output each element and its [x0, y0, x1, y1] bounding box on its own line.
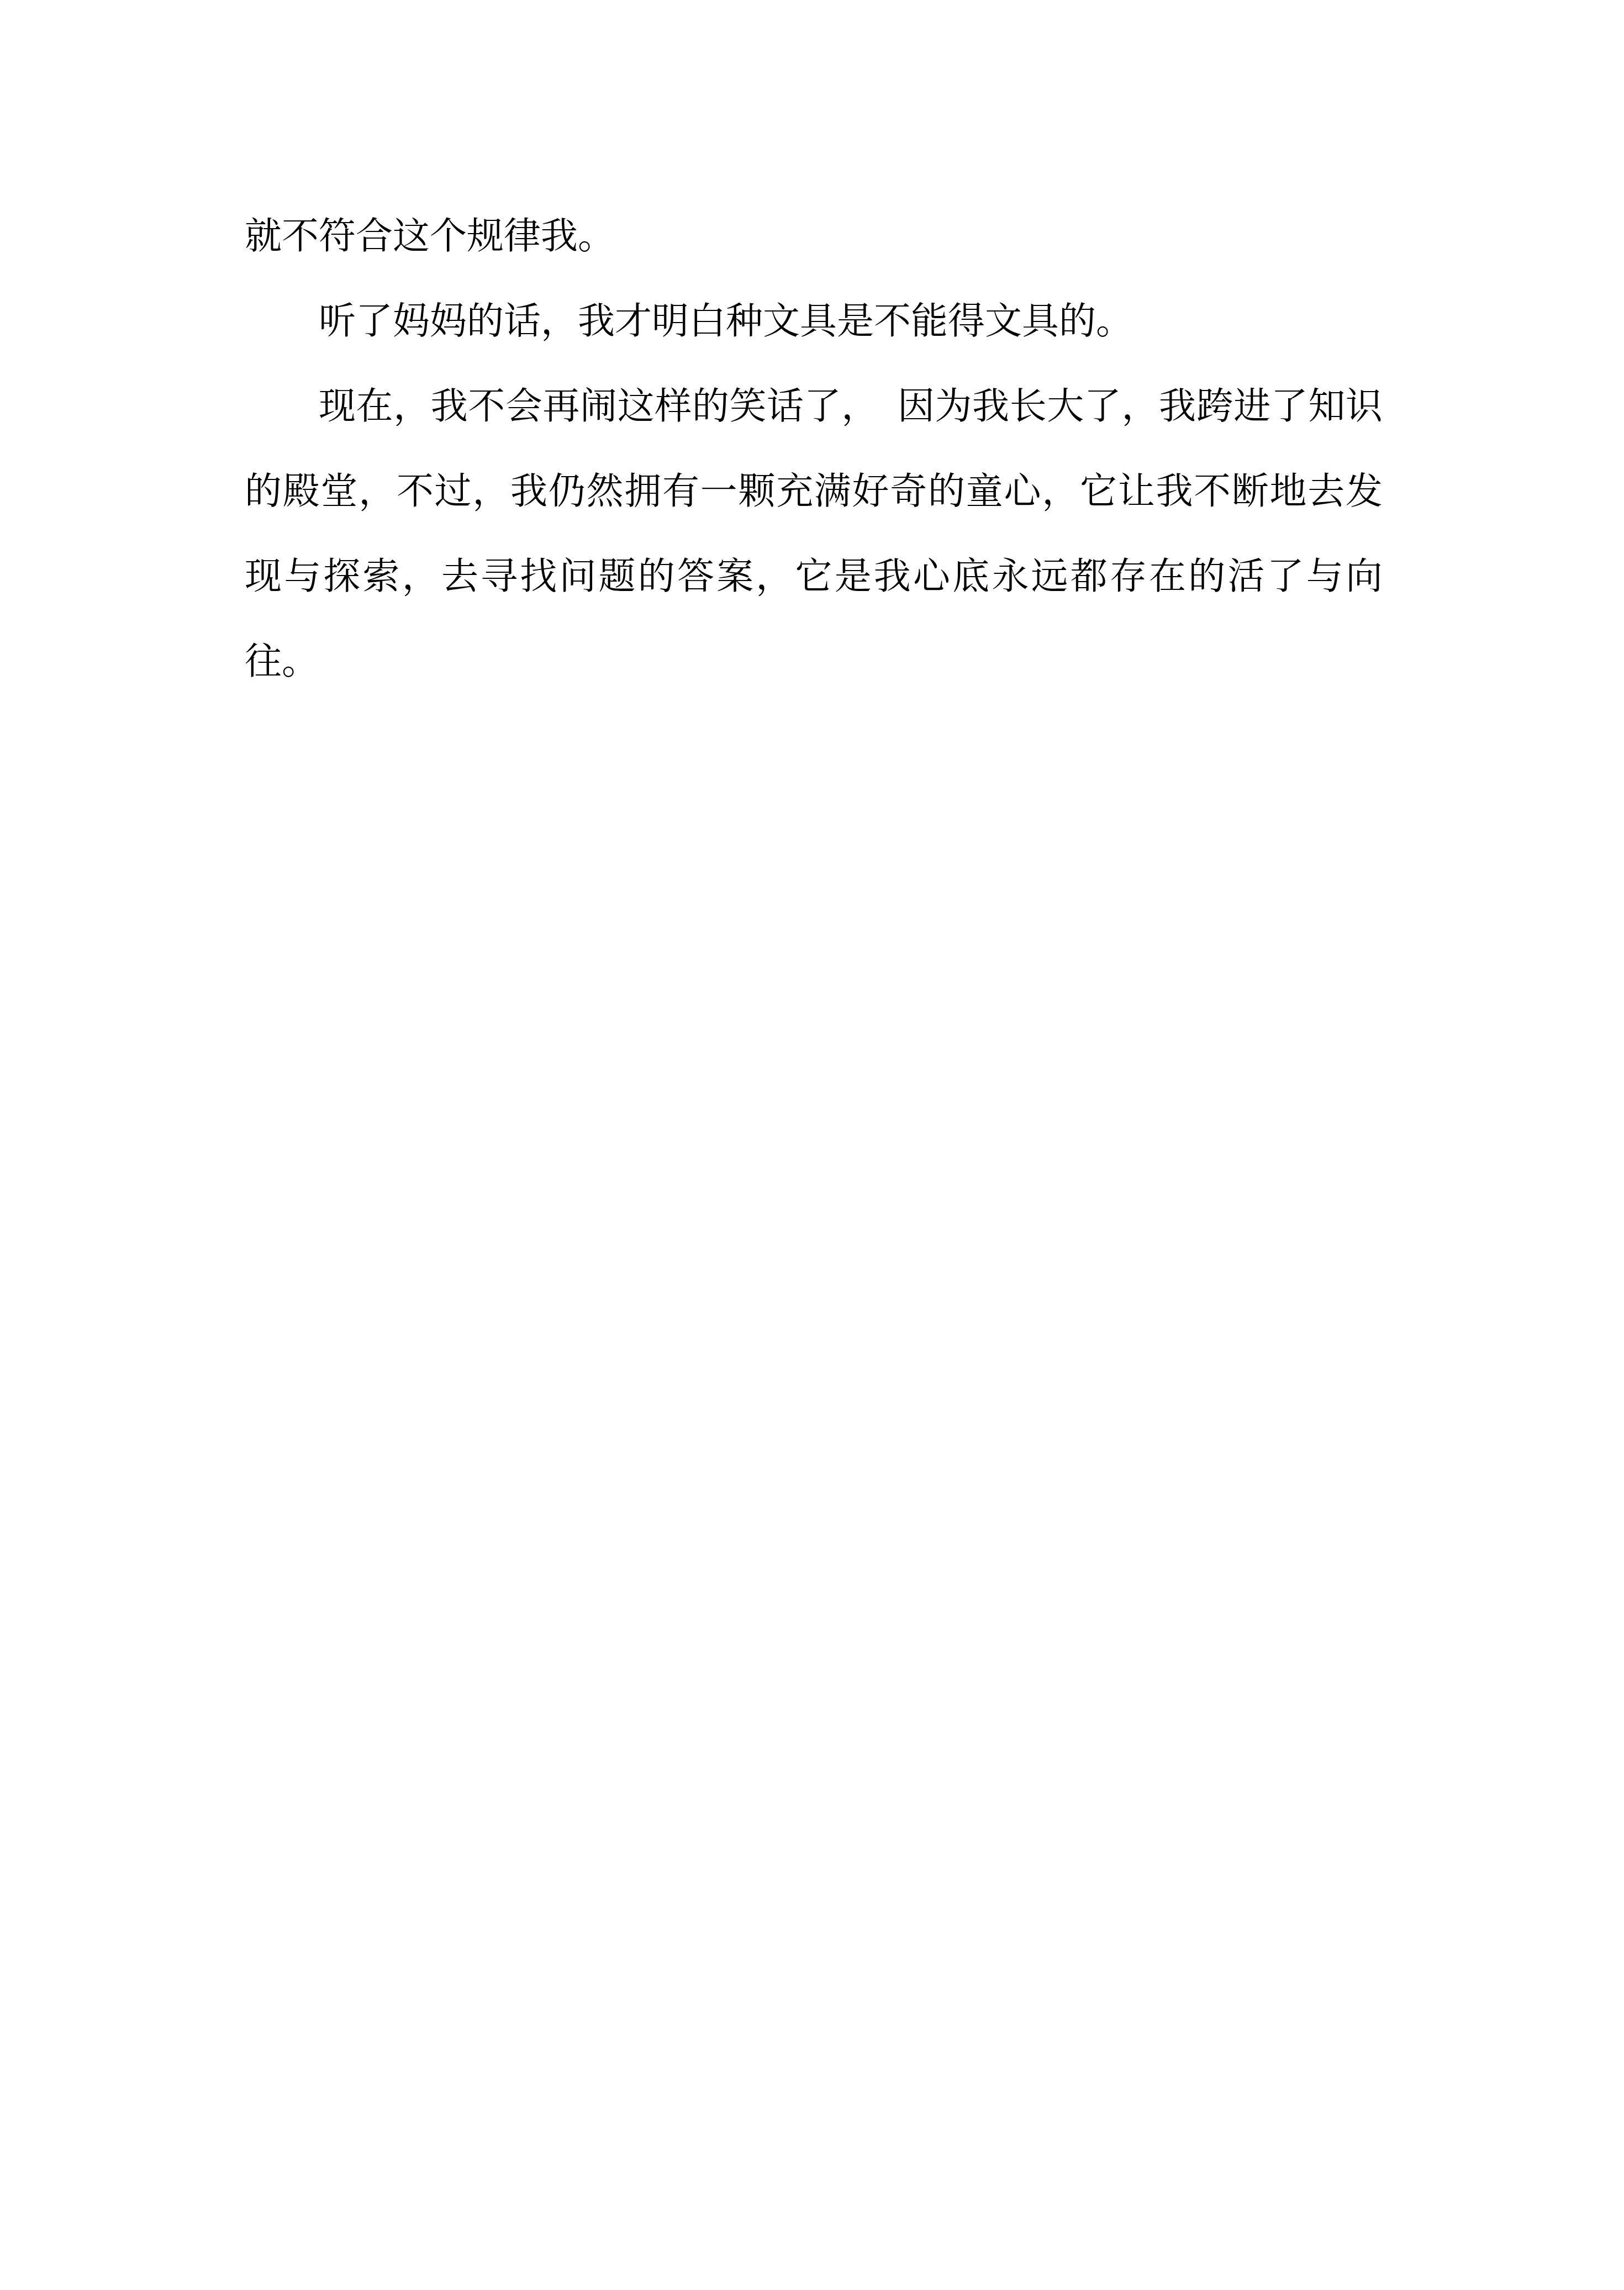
- document-page: 就不符合这个规律我。 听了妈妈的话，我才明白种文具是不能得文具的。 现在，我不会…: [0, 0, 1624, 2290]
- paragraph-3: 现在，我不会再闹这样的笑话了， 因为我长大了，我跨进了知识的殿堂，不过，我仍然拥…: [245, 364, 1383, 704]
- paragraph-2: 听了妈妈的话，我才明白种文具是不能得文具的。: [245, 279, 1383, 364]
- document-body: 就不符合这个规律我。 听了妈妈的话，我才明白种文具是不能得文具的。 现在，我不会…: [245, 194, 1383, 704]
- paragraph-1: 就不符合这个规律我。: [245, 194, 1383, 279]
